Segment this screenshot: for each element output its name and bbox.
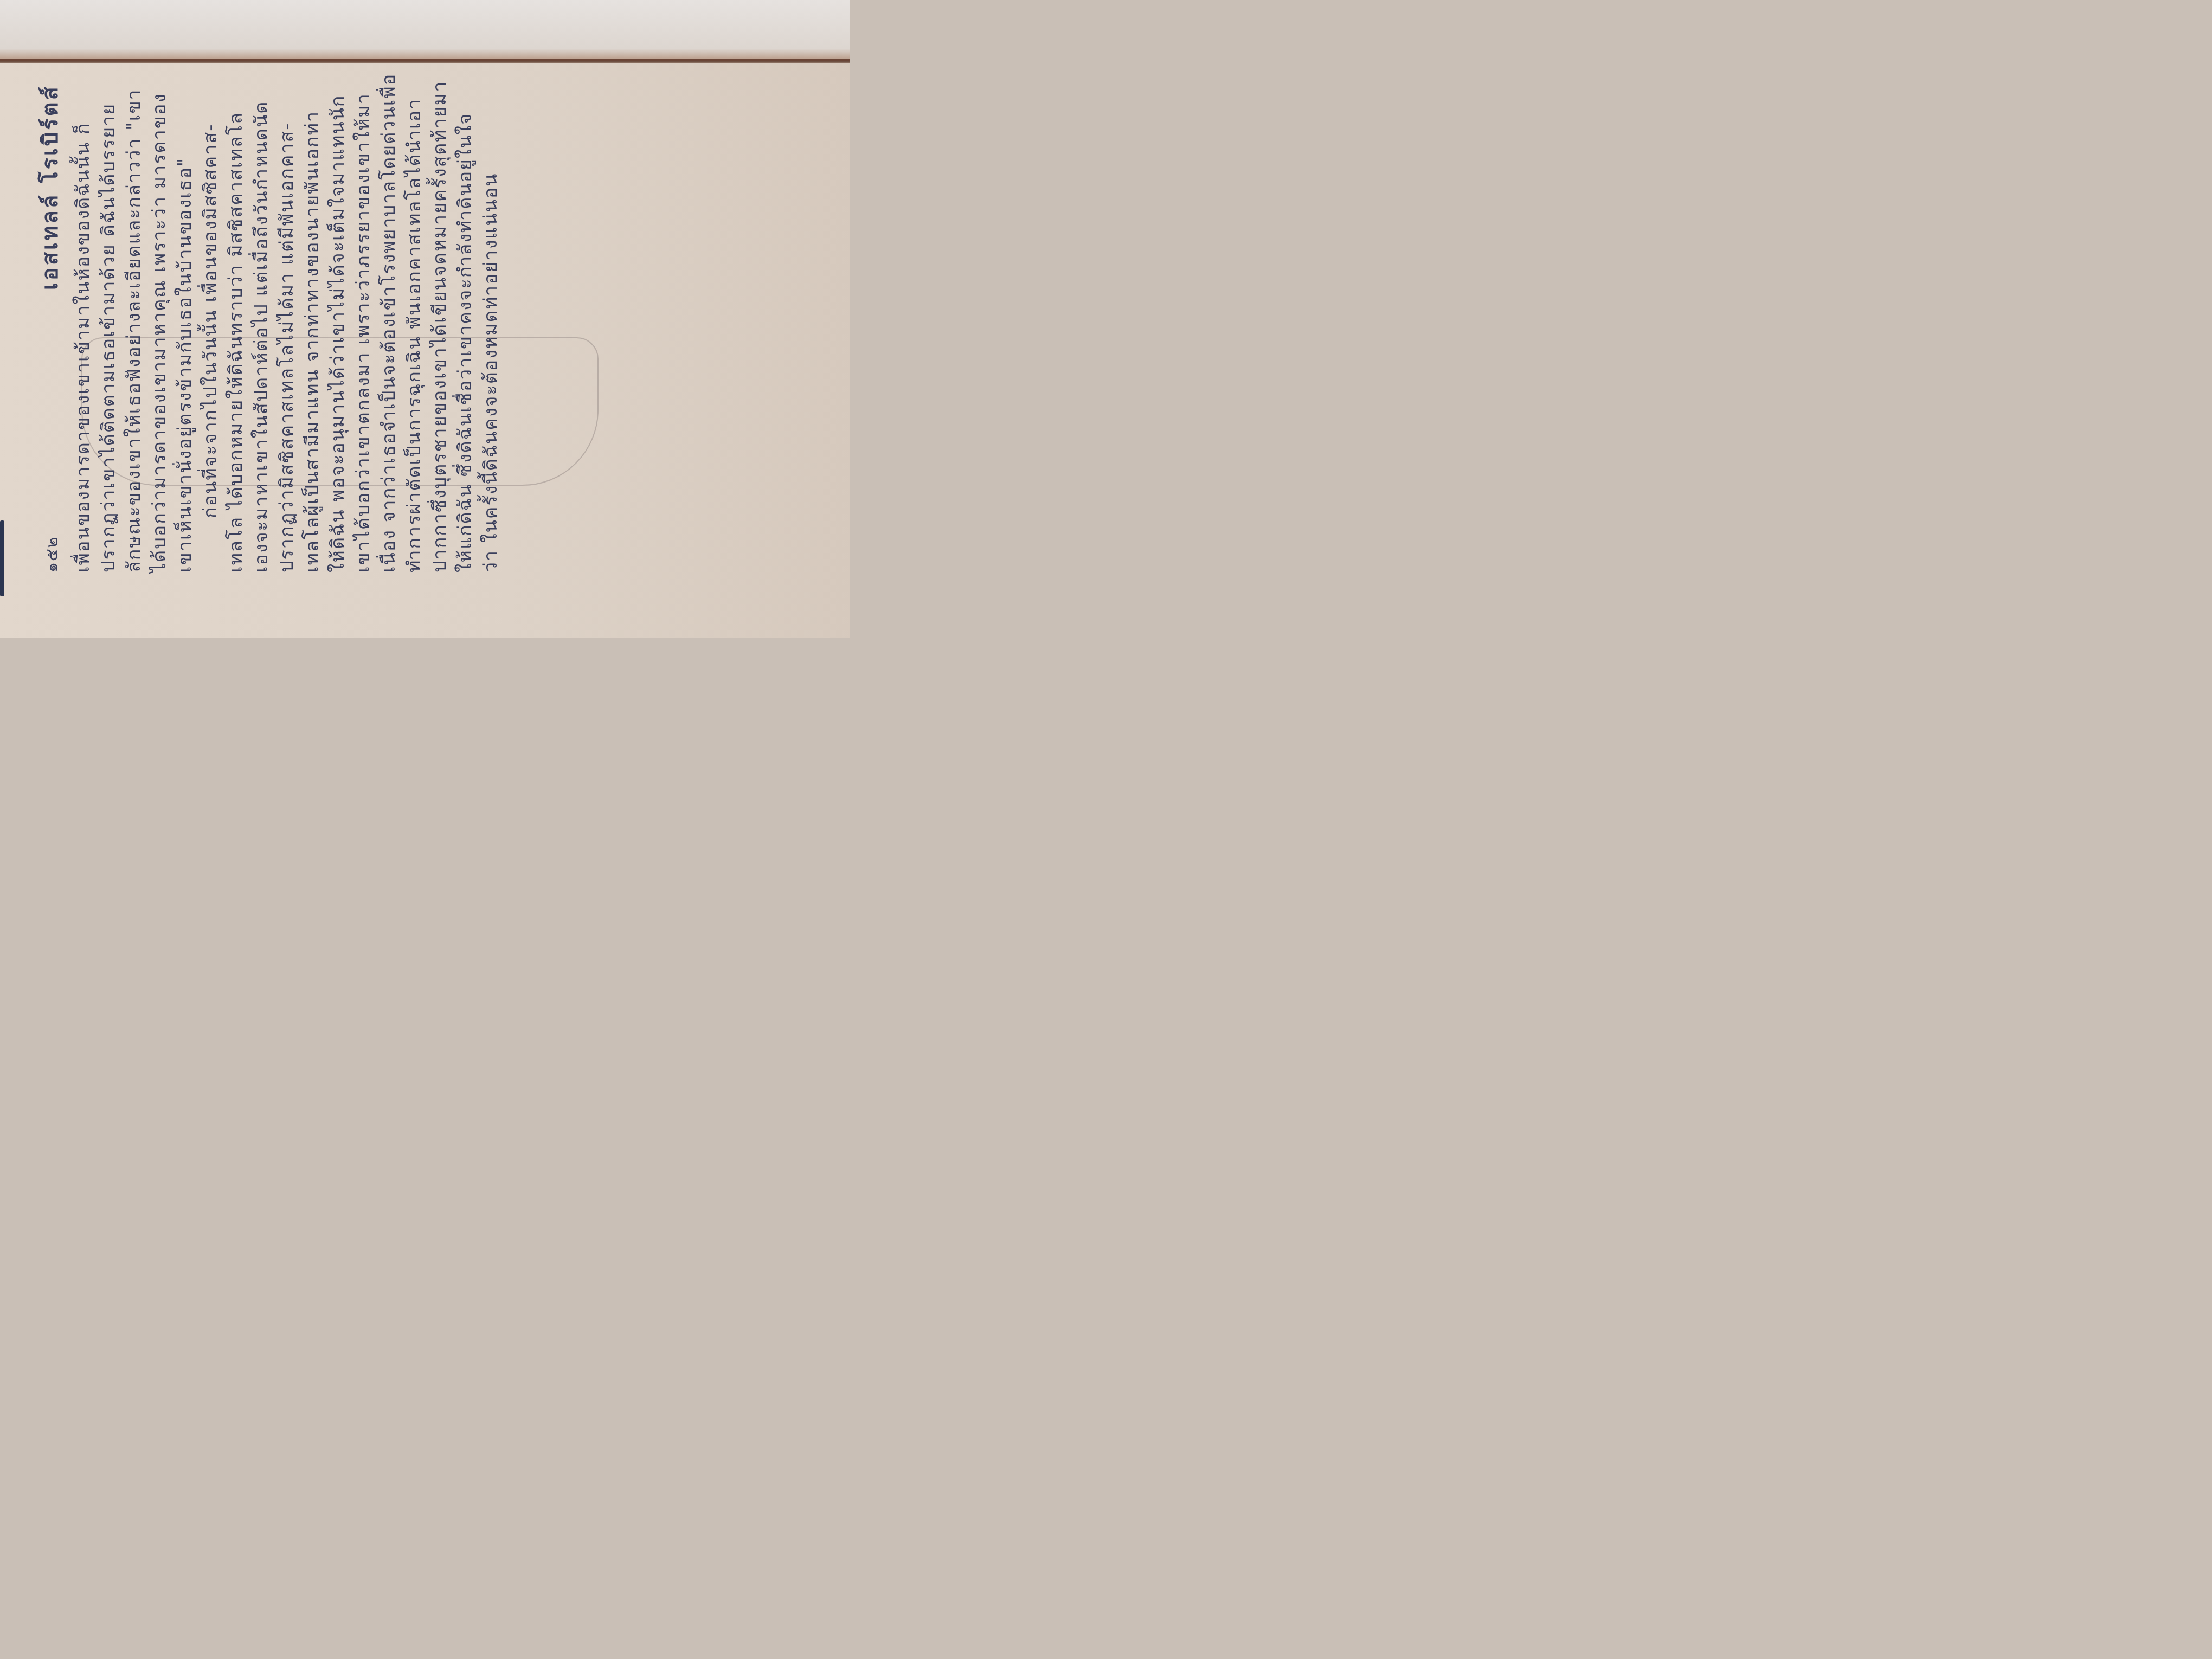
running-head: เอสเทลล์ โรเบิร์ตส์ xyxy=(38,85,63,290)
facing-page-edge xyxy=(0,0,850,61)
text-line: เนื่อง จากว่าเธอจำเป็นจะต้องเข้าโรงพยาบา… xyxy=(376,85,402,573)
text-line: ทำการผ่าตัดเป็นการฉุกเฉิน พันเอกคาสเทลโล… xyxy=(402,85,427,573)
rotated-page-content: ๑๕๒ เอสเทลล์ โรเบิร์ตส์ เพื่อนของมารดาขอ… xyxy=(0,63,850,638)
text-line-paragraph-start: ก่อนที่จะจากไปในวันนั้น เพื่อนของมิสซิสค… xyxy=(198,85,223,573)
text-line: ปากกาซึ่งบุตรชายของเขาได้เขียนจดหมายครั้… xyxy=(427,85,453,573)
page-header: ๑๕๒ เอสเทลล์ โรเบิร์ตส์ xyxy=(38,85,65,573)
text-line: เทลโล ได้บอกหมายให้ดิฉันทราบว่า มิสซิสคา… xyxy=(223,85,249,573)
page-number: ๑๕๒ xyxy=(40,536,65,573)
text-line: เทลโลผู้เป็นสามีมาแทน จากท่าทางของนายพัน… xyxy=(300,85,325,573)
page-text-block: ๑๕๒ เอสเทลล์ โรเบิร์ตส์ เพื่อนของมารดาขอ… xyxy=(38,85,504,573)
text-line: ได้บอกว่ามารดาของเขามาหาคุณ เพราะว่า มาร… xyxy=(147,85,172,573)
text-line: ว่า ในครั้งนี้ดิฉันคงจะต้องหมดท่าอย่างแน… xyxy=(478,85,504,573)
text-line: ให้แก่ดิฉัน ซึ่งดิฉันเชื่อว่าเขาคงจะกำลั… xyxy=(453,85,478,573)
text-line: เขาเห็นเขานั่งอยู่ตรงข้ามกับเธอในบ้านของ… xyxy=(172,85,198,573)
text-line: เองจะมาหาเขาในสัปดาห์ต่อไป แต่เมื่อถึงวั… xyxy=(249,85,274,573)
text-line: ปรากฏว่าเขาได้ติดตามเธอเข้ามาด้วย ดิฉันไ… xyxy=(96,85,121,573)
text-line: ให้ดิฉัน พอจะอนุมานได้ว่าเขาไม่ได้จะเต็ม… xyxy=(325,85,351,573)
text-line: ปรากฏว่ามิสซิสคาสเทลโลไม่ได้มา แต่มีพันเ… xyxy=(274,85,300,573)
text-line: เขาได้บอกว่าเขาตกลงมา เพราะว่าภรรยาของเข… xyxy=(351,85,376,573)
text-line: ลักษณะของเขาให้เธอฟังอย่างละเอียดและกล่า… xyxy=(121,85,147,573)
text-line: เพื่อนของมารดาของเขาเข้ามาในห้องของดิฉัน… xyxy=(70,85,96,573)
